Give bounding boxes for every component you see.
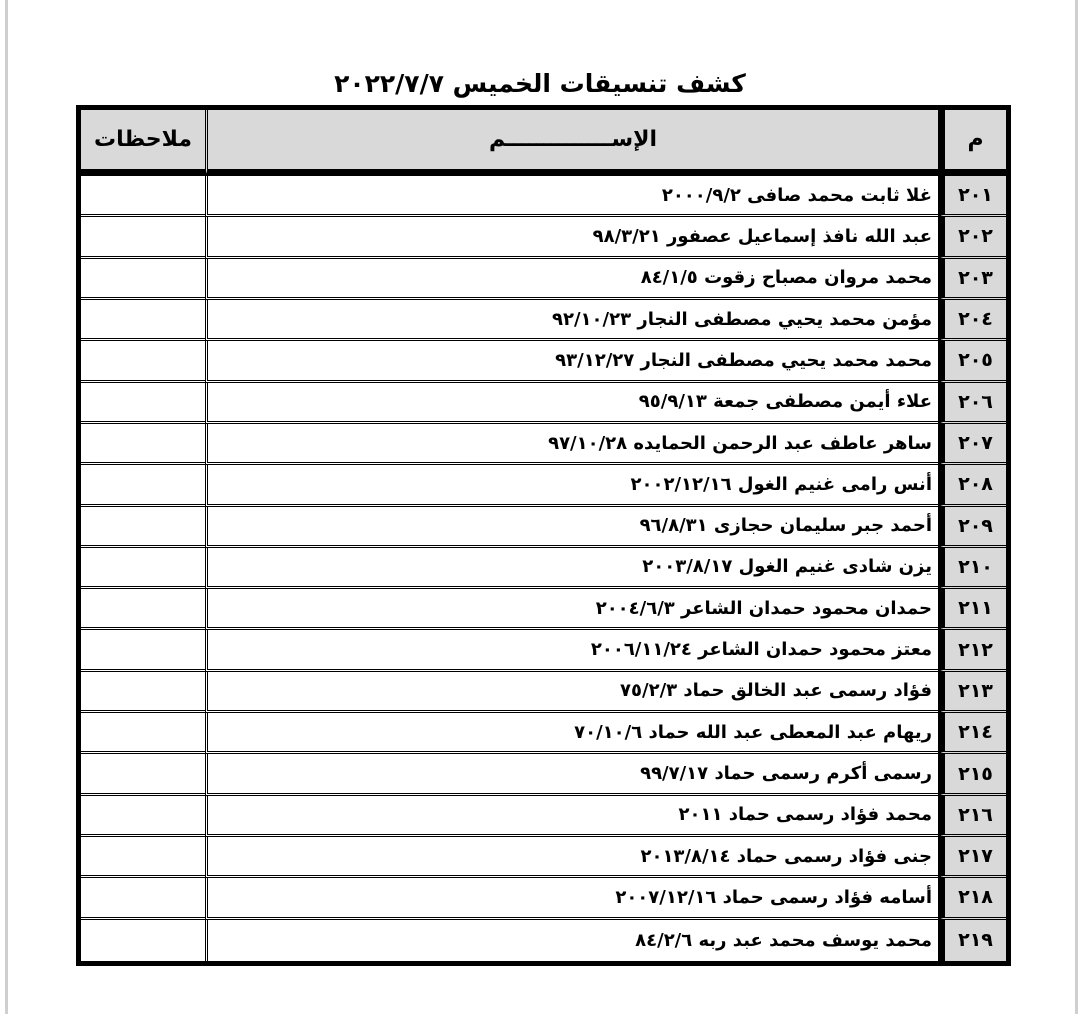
table-row: ٢٠٨أنس رامى غنيم الغول ٢٠٠٢/١٢/١٦ xyxy=(81,465,1006,506)
table-row: ٢٠١غلا ثابت محمد صافى ٢٠٠٠/٩/٢ xyxy=(81,176,1006,217)
row-number: ٢١٠ xyxy=(938,548,1006,589)
row-number: ٢٠٢ xyxy=(938,217,1006,258)
table-row: ٢٠٤مؤمن محمد يحيي مصطفى النجار ٩٢/١٠/٢٣ xyxy=(81,300,1006,341)
row-notes xyxy=(81,507,205,548)
table-row: ٢١٣فؤاد رسمى عبد الخالق حماد ٧٥/٢/٣ xyxy=(81,672,1006,713)
row-notes xyxy=(81,920,205,961)
row-name: مؤمن محمد يحيي مصطفى النجار ٩٢/١٠/٢٣ xyxy=(205,300,938,341)
page-edge-left xyxy=(5,0,8,1014)
row-number: ٢١٥ xyxy=(938,754,1006,795)
header-number: م xyxy=(938,110,1006,176)
row-name: ريهام عبد المعطى عبد الله حماد ٧٠/١٠/٦ xyxy=(205,713,938,754)
header-notes: ملاحظات xyxy=(81,110,205,176)
row-name: جنى فؤاد رسمى حماد ٢٠١٣/٨/١٤ xyxy=(205,837,938,878)
row-name: ساهر عاطف عبد الرحمن الحمايده ٩٧/١٠/٢٨ xyxy=(205,424,938,465)
coordination-table-frame: م الإســــــــــــــم ملاحظات ٢٠١غلا ثاب… xyxy=(76,105,1011,966)
table-header-row: م الإســــــــــــــم ملاحظات xyxy=(81,110,1006,176)
row-name: أنس رامى غنيم الغول ٢٠٠٢/١٢/١٦ xyxy=(205,465,938,506)
row-notes xyxy=(81,259,205,300)
table-row: ٢١١حمدان محمود حمدان الشاعر ٢٠٠٤/٦/٣ xyxy=(81,589,1006,630)
table-row: ٢٠٦علاء أيمن مصطفى جمعة ٩٥/٩/١٣ xyxy=(81,383,1006,424)
row-notes xyxy=(81,630,205,671)
row-name: يزن شادى غنيم الغول ٢٠٠٣/٨/١٧ xyxy=(205,548,938,589)
row-notes xyxy=(81,300,205,341)
header-name: الإســــــــــــــم xyxy=(205,110,938,176)
row-number: ٢٠٣ xyxy=(938,259,1006,300)
row-notes xyxy=(81,754,205,795)
row-name: محمد فؤاد رسمى حماد ٢٠١١ xyxy=(205,796,938,837)
row-number: ٢١٢ xyxy=(938,630,1006,671)
document-title: كشف تنسيقات الخميس ٢٠٢٢/٧/٧ xyxy=(300,64,780,104)
row-name: معتز محمود حمدان الشاعر ٢٠٠٦/١١/٢٤ xyxy=(205,630,938,671)
table-row: ٢٠٥محمد محمد يحيي مصطفى النجار ٩٣/١٢/٢٧ xyxy=(81,341,1006,382)
table-row: ٢١٥رسمى أكرم رسمى حماد ٩٩/٧/١٧ xyxy=(81,754,1006,795)
row-notes xyxy=(81,383,205,424)
row-notes xyxy=(81,837,205,878)
row-notes xyxy=(81,589,205,630)
row-number: ٢١٤ xyxy=(938,713,1006,754)
row-notes xyxy=(81,465,205,506)
table-row: ٢١٨أسامه فؤاد رسمى حماد ٢٠٠٧/١٢/١٦ xyxy=(81,878,1006,919)
row-name: رسمى أكرم رسمى حماد ٩٩/٧/١٧ xyxy=(205,754,938,795)
table-row: ٢٠٩أحمد جبر سليمان حجازى ٩٦/٨/٣١ xyxy=(81,507,1006,548)
row-name: فؤاد رسمى عبد الخالق حماد ٧٥/٢/٣ xyxy=(205,672,938,713)
row-notes xyxy=(81,341,205,382)
coordination-table: م الإســــــــــــــم ملاحظات ٢٠١غلا ثاب… xyxy=(81,110,1006,961)
row-name: غلا ثابت محمد صافى ٢٠٠٠/٩/٢ xyxy=(205,176,938,217)
table-row: ٢٠٣محمد مروان مصباح زقوت ٨٤/١/٥ xyxy=(81,259,1006,300)
row-number: ٢١٨ xyxy=(938,878,1006,919)
table-row: ٢٠٧ساهر عاطف عبد الرحمن الحمايده ٩٧/١٠/٢… xyxy=(81,424,1006,465)
row-number: ٢٠١ xyxy=(938,176,1006,217)
row-number: ٢٠٤ xyxy=(938,300,1006,341)
row-name: محمد مروان مصباح زقوت ٨٤/١/٥ xyxy=(205,259,938,300)
table-row: ٢١٦محمد فؤاد رسمى حماد ٢٠١١ xyxy=(81,796,1006,837)
row-number: ٢٠٩ xyxy=(938,507,1006,548)
row-number: ٢٠٧ xyxy=(938,424,1006,465)
table-row: ٢١٢معتز محمود حمدان الشاعر ٢٠٠٦/١١/٢٤ xyxy=(81,630,1006,671)
row-number: ٢١٣ xyxy=(938,672,1006,713)
row-notes xyxy=(81,217,205,258)
row-name: أحمد جبر سليمان حجازى ٩٦/٨/٣١ xyxy=(205,507,938,548)
row-number: ٢١٧ xyxy=(938,837,1006,878)
row-number: ٢٠٨ xyxy=(938,465,1006,506)
table-row: ٢١٩محمد يوسف محمد عبد ربه ٨٤/٢/٦ xyxy=(81,920,1006,961)
row-number: ٢٠٥ xyxy=(938,341,1006,382)
row-name: محمد يوسف محمد عبد ربه ٨٤/٢/٦ xyxy=(205,920,938,961)
row-number: ٢٠٦ xyxy=(938,383,1006,424)
row-name: علاء أيمن مصطفى جمعة ٩٥/٩/١٣ xyxy=(205,383,938,424)
row-number: ٢١٦ xyxy=(938,796,1006,837)
row-number: ٢١٩ xyxy=(938,920,1006,961)
row-name: أسامه فؤاد رسمى حماد ٢٠٠٧/١٢/١٦ xyxy=(205,878,938,919)
row-notes xyxy=(81,796,205,837)
row-notes xyxy=(81,176,205,217)
table-row: ٢١٧جنى فؤاد رسمى حماد ٢٠١٣/٨/١٤ xyxy=(81,837,1006,878)
row-notes xyxy=(81,424,205,465)
row-notes xyxy=(81,548,205,589)
row-notes xyxy=(81,672,205,713)
row-name: عبد الله نافذ إسماعيل عصفور ٩٨/٣/٢١ xyxy=(205,217,938,258)
table-body: ٢٠١غلا ثابت محمد صافى ٢٠٠٠/٩/٢٢٠٢عبد الل… xyxy=(81,176,1006,961)
table-row: ٢٠٢عبد الله نافذ إسماعيل عصفور ٩٨/٣/٢١ xyxy=(81,217,1006,258)
row-name: محمد محمد يحيي مصطفى النجار ٩٣/١٢/٢٧ xyxy=(205,341,938,382)
table-row: ٢١٤ريهام عبد المعطى عبد الله حماد ٧٠/١٠/… xyxy=(81,713,1006,754)
row-notes xyxy=(81,878,205,919)
table-row: ٢١٠يزن شادى غنيم الغول ٢٠٠٣/٨/١٧ xyxy=(81,548,1006,589)
row-notes xyxy=(81,713,205,754)
row-number: ٢١١ xyxy=(938,589,1006,630)
page-edge-right xyxy=(1075,0,1078,1014)
row-name: حمدان محمود حمدان الشاعر ٢٠٠٤/٦/٣ xyxy=(205,589,938,630)
